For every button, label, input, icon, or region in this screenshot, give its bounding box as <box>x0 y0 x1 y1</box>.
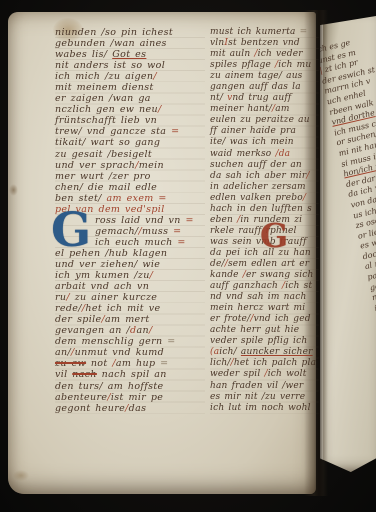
text-line: vil nach nach spil an <box>55 369 205 380</box>
text-segment: zu ew <box>55 358 86 369</box>
text-segment: gevangen an / <box>55 325 130 336</box>
text-line: achte herr gut hie <box>210 325 319 336</box>
text-segment: ist mir pe <box>111 392 163 403</box>
text-column-left: niunden /so pin ichestgebunden /wan aine… <box>55 27 205 414</box>
text-segment: ich veder <box>258 49 303 59</box>
text-line: vlnIst bentzen vnd <box>210 38 319 49</box>
text-line: und ver ziehen/ wie <box>55 259 205 270</box>
text-segment: ich/ <box>219 347 241 357</box>
text-segment: da sah ich aber mir <box>210 171 306 181</box>
text-line: da pei ich all zu han <box>210 248 319 259</box>
text-segment: nczlich gen ew neu <box>55 104 158 115</box>
text-segment: gangen auff das la <box>210 82 301 92</box>
text-segment: hach in den lufften s <box>210 204 312 214</box>
text-line: ich lut im noch wohl <box>210 403 319 414</box>
text-segment: zu gesait /besigelt <box>55 149 152 160</box>
text-line: nczlich gen ew neu/ <box>55 104 205 115</box>
text-segment: mein <box>139 160 164 171</box>
text-segment: must ich kumerta <box>210 27 296 37</box>
text-segment: / <box>149 325 153 336</box>
text-line: (aich/ auncker sicher <box>210 347 319 358</box>
text-segment: st bentzen vnd <box>228 38 300 48</box>
text-line: zu gesait /besigelt <box>55 149 205 160</box>
text-segment: kande <box>210 270 243 280</box>
facing-page-edge: ich es geunst es m| zt ich prder eswich … <box>320 16 376 472</box>
text-segment: nt/ <box>210 93 227 103</box>
text-segment: nd trug auff <box>232 93 291 103</box>
text-line: mein hercz wart mi <box>210 303 319 314</box>
text-line: chen/ die mail edle <box>55 182 205 193</box>
text-segment: de/ <box>210 259 225 269</box>
text-segment: sem edlen art er <box>228 259 309 269</box>
text-segment: han fraden vil /wer <box>210 381 303 391</box>
text-line: ben stet/ am exem = <box>55 193 205 204</box>
text-segment: meiner hant/ <box>210 104 272 114</box>
text-segment: het ich mit ve <box>85 303 160 314</box>
book-gutter-shadow <box>304 10 328 496</box>
text-line: ff ainer haide pra <box>210 126 319 137</box>
text-line: mit auln /ich veder <box>210 49 319 60</box>
text-line: zu ew not /am hup = <box>55 358 205 369</box>
text-line: waid merkso /da <box>210 149 319 160</box>
text-segment: ich lut im noch wohl <box>210 403 311 413</box>
text-segment: = <box>162 336 175 347</box>
text-line: rede//het ich mit ve <box>55 303 205 314</box>
text-line: edlen valken prebo/ <box>210 193 319 204</box>
text-segment: mit auln <box>210 49 254 59</box>
text-segment: den turs/ am hoffste <box>55 381 164 392</box>
text-line: gebunden /wan aines <box>55 38 205 49</box>
text-segment: wabes lis/ <box>55 49 112 60</box>
text-segment: rkele rauff rphnel <box>210 226 297 236</box>
text-line: der spile/am mert <box>55 314 205 325</box>
text-segment: und ver ziehen/ wie <box>55 259 160 270</box>
text-line: gevangen an /dan/ <box>55 325 205 336</box>
text-segment: ff ainer haide pra <box>210 126 296 136</box>
text-line: ross laid vnd vn = <box>55 215 205 226</box>
text-segment: veder spile pflig ich <box>210 336 307 346</box>
text-line: arbait vnd ach vn <box>55 281 205 292</box>
text-segment: am hup <box>116 358 156 369</box>
text-line: el pehen /hub klagen <box>55 248 205 259</box>
text-segment: lich/ <box>210 358 231 368</box>
text-line: veder spile pflig ich <box>210 336 319 347</box>
text-segment: an/ <box>55 347 71 358</box>
text-segment: arbait vnd ach vn <box>55 281 149 292</box>
text-line: was sein vmb frauff <box>210 237 319 248</box>
text-segment: mer wurt /zer pro <box>55 171 151 182</box>
text-line: nd vnd sah im nach <box>210 292 319 303</box>
text-block: niunden /so pin ichestgebunden /wan aine… <box>55 27 319 431</box>
text-line: an//unmut vnd kumd <box>55 347 205 358</box>
text-segment: ich ym kumen /zu <box>55 270 150 281</box>
text-line: gemach//muss = <box>55 226 205 237</box>
text-segment: dem menschlig gern <box>55 336 162 347</box>
text-line: niunden /so pin ichest <box>55 27 205 38</box>
manuscript-left-page: niunden /so pin ichestgebunden /wan aine… <box>8 12 316 494</box>
text-line: wabes lis/ Got es <box>55 49 205 60</box>
text-segment: = <box>166 126 179 137</box>
photograph-background: niunden /so pin ichestgebunden /wan aine… <box>0 0 376 512</box>
text-line: gegont heure/das <box>55 403 205 414</box>
text-line: nit anders ist so wol <box>55 60 205 71</box>
text-segment: ben stet/ <box>55 193 107 204</box>
text-segment: der spile <box>55 314 101 325</box>
text-segment: pel van dem ved'spil <box>55 204 165 215</box>
text-line: er zaigen /wan ga <box>55 93 205 104</box>
text-segment: nit anders ist so wol <box>55 60 165 71</box>
text-segment: zu ainem tage/ aus <box>210 71 303 81</box>
text-segment: (a <box>210 347 219 357</box>
text-segment: edlen valken prebo <box>210 193 303 203</box>
text-line: und ver sprach/mein <box>55 160 205 171</box>
text-line: eben /in rundem zi <box>210 215 319 226</box>
text-line: trew/ vnd gancze sta = <box>55 126 205 137</box>
text-segment: am exem = <box>107 193 167 204</box>
text-line: zu ainem tage/ aus <box>210 71 319 82</box>
text-line: er frote//vnd ich ged <box>210 314 319 325</box>
text-segment: ross laid vnd vn <box>95 215 181 226</box>
text-line: pel van dem ved'spil <box>55 204 205 215</box>
text-segment: gebunden /wan aines <box>55 38 167 49</box>
text-segment: tikait/ wart so gang <box>55 137 160 148</box>
text-line: nt/ vnd trug auff <box>210 93 319 104</box>
text-segment: da pei ich all zu han <box>210 248 311 258</box>
text-segment: auncker sicher <box>241 347 313 357</box>
text-segment: = <box>155 358 168 369</box>
text-segment: ite/ was ich mein <box>210 137 294 147</box>
text-segment: er zaigen /wan ga <box>55 93 151 104</box>
text-line: den turs/ am hoffste <box>55 381 205 392</box>
text-line: mit meinem dienst <box>55 82 205 93</box>
text-line: abenteure/ist mir pe <box>55 392 205 403</box>
text-segment: /da <box>275 149 290 159</box>
text-segment: früntschafft lieb vn <box>55 115 157 126</box>
text-segment: achte herr gut hie <box>210 325 299 335</box>
text-line: früntschafft lieb vn <box>55 115 205 126</box>
text-segment: eben <box>210 215 237 225</box>
text-segment: in rundem zi <box>240 215 302 225</box>
text-line: in adelicher zersam <box>210 182 319 193</box>
text-line: kande /er swang sich <box>210 270 319 281</box>
text-segment: ich wolt <box>268 369 307 379</box>
text-line: ich mich /zu aigen/ <box>55 71 205 82</box>
text-segment: vln <box>210 38 224 48</box>
text-line: han fraden vil /wer <box>210 381 319 392</box>
text-segment: und ver sprach <box>55 160 135 171</box>
text-line: weder spil /ich wolt <box>210 369 319 380</box>
text-line: auff ganzhach /ich st <box>210 281 319 292</box>
text-line: dem menschlig gern = <box>55 336 205 347</box>
text-segment: das <box>129 403 147 414</box>
text-segment: gemach/ <box>95 226 138 237</box>
text-segment: nd vnd sah im nach <box>210 292 306 302</box>
text-segment: mit meinem dienst <box>55 82 154 93</box>
text-line: rkele rauff rphnel <box>210 226 319 237</box>
text-segment: = <box>168 226 181 237</box>
text-segment: er frote/ <box>210 314 250 324</box>
text-segment: waid merkso <box>210 149 275 159</box>
text-segment: ru <box>55 292 66 303</box>
text-line: es mir nit /zu verre <box>210 392 319 403</box>
text-segment: muss <box>142 226 168 237</box>
text-segment: gegont heure <box>55 403 125 414</box>
text-segment: vnd ich ged <box>254 314 311 324</box>
text-segment: an <box>136 325 148 336</box>
text-line: eulen zu peraitze au <box>210 115 319 126</box>
text-line: tikait/ wart so gang <box>55 137 205 148</box>
text-segment: auff ganzhach <box>210 281 282 291</box>
text-line: da sah ich aber mir/ <box>210 171 319 182</box>
text-segment: ich mich /zu aigen <box>55 71 153 82</box>
text-segment: in adelicher zersam <box>210 182 306 192</box>
text-line: de//sem edlen art er <box>210 259 319 270</box>
text-line: ite/ was ich mein <box>210 137 319 148</box>
text-line: ich euch much = <box>55 237 205 248</box>
text-segment: unmut vnd kumd <box>75 347 164 358</box>
text-line: suchen auff der an <box>210 160 319 171</box>
text-segment: not <box>86 358 112 369</box>
text-column-right: must ich kumerta =vlnIst bentzen vndmit … <box>210 27 319 414</box>
text-segment: = <box>173 237 186 248</box>
text-segment: nach spil an <box>97 369 167 380</box>
text-segment: eulen zu peraitze au <box>210 115 310 125</box>
text-line: spiles pflage /ich mu <box>210 60 319 71</box>
text-segment: / <box>158 104 162 115</box>
text-segment: spiles pflage <box>210 60 275 70</box>
text-segment: = <box>181 215 194 226</box>
text-line: must ich kumerta = <box>210 27 319 38</box>
text-segment: was sein vmb frauff <box>210 237 307 247</box>
text-segment: trew/ vnd gancze sta <box>55 126 166 137</box>
text-segment: zu ainer kurcze <box>70 292 157 303</box>
text-line: hach in den lufften s <box>210 204 319 215</box>
text-segment: abenteure <box>55 392 107 403</box>
parchment-stain <box>13 470 29 481</box>
text-segment: niunden /so pin ichest <box>55 27 173 38</box>
text-line: ich ym kumen /zu/ <box>55 270 205 281</box>
facing-page-text: ich es geunst es m| zt ich prder eswich … <box>320 17 376 408</box>
text-segment: am mert <box>105 314 150 325</box>
text-segment: mein hercz wart mi <box>210 303 305 313</box>
parchment-stain <box>9 184 18 196</box>
text-segment: rede/ <box>55 303 82 314</box>
text-segment: Got es <box>112 49 146 60</box>
text-segment: es mir nit /zu verre <box>210 392 305 402</box>
text-segment: ich euch much <box>95 237 173 248</box>
text-segment: / <box>150 270 154 281</box>
text-line: meiner hant//am <box>210 104 319 115</box>
text-segment: el pehen /hub klagen <box>55 248 167 259</box>
text-line: gangen auff das la <box>210 82 319 93</box>
text-line: mer wurt /zer pro <box>55 171 205 182</box>
text-segment: vil <box>55 369 72 380</box>
text-segment: weder spil <box>210 369 264 379</box>
text-segment: / <box>153 71 157 82</box>
text-segment: am <box>275 104 289 114</box>
text-line: lich//het ich palch pla <box>210 358 319 369</box>
text-segment: suchen auff der an <box>210 160 302 170</box>
text-line: ru/ zu ainer kurcze <box>55 292 205 303</box>
text-segment: nach <box>72 369 97 380</box>
text-segment: chen/ die mail edle <box>55 182 157 193</box>
